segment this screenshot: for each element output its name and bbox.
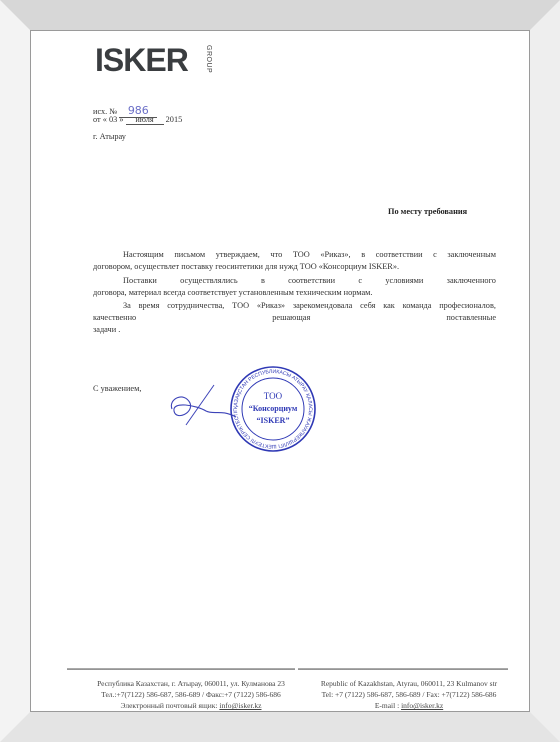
date-month: июля <box>126 115 164 125</box>
company-stamp: ҚАЗАҚСТАН РЕСПУБЛИКАСЫ АТЫРАУ ҚАЛАСЫ ЖАУ… <box>229 365 317 453</box>
footer-divider-right <box>298 668 508 670</box>
addressee: По месту требования <box>388 207 467 216</box>
paragraph-3-line-1: Завремясотрудничества,ТОО«Риказ»зарекоме… <box>123 301 496 310</box>
paragraph-3-line-3: задачи . <box>93 325 120 334</box>
date-day: от « 03 » <box>93 115 123 124</box>
paragraph-2-line-2: договора, материал всегда соответствует … <box>93 288 373 297</box>
footer-english: Republic of Kazakhstan, Atyrau, 060011, … <box>299 678 519 711</box>
closing: С уважением, <box>93 384 141 393</box>
svg-text:“ISKER”: “ISKER” <box>257 416 290 425</box>
letter-page: ISKER GROUP исх. № 986 от « 03 » июля 20… <box>30 30 530 712</box>
logo-group-label: GROUP <box>205 45 212 73</box>
isker-logo: ISKER <box>95 42 188 79</box>
city: г. Атырау <box>93 132 126 141</box>
footer-divider-left <box>67 668 295 670</box>
paragraph-2-line-1: Поставкиосуществлялисьвсоответствиисусло… <box>123 276 496 285</box>
date-year: 2015 <box>166 115 183 124</box>
svg-text:ТОО: ТОО <box>264 391 283 401</box>
footer-russian: Республика Казахстан, г. Атырау, 060011,… <box>71 678 311 711</box>
svg-text:“Консорциум: “Консорциум <box>249 404 298 413</box>
paragraph-3-line-2: качественнорешающаяпоставленные <box>93 313 496 322</box>
email-link-ru[interactable]: info@isker.kz <box>219 701 261 710</box>
paragraph-1-line-2: договором, осуществлет поставку геосинте… <box>93 262 399 271</box>
paragraph-1-line-1: Настоящимписьмомутверждаем,чтоТОО«Риказ»… <box>123 250 496 259</box>
date-line: от « 03 » июля 2015 <box>93 115 182 125</box>
email-link-en[interactable]: info@isker.kz <box>401 701 443 710</box>
